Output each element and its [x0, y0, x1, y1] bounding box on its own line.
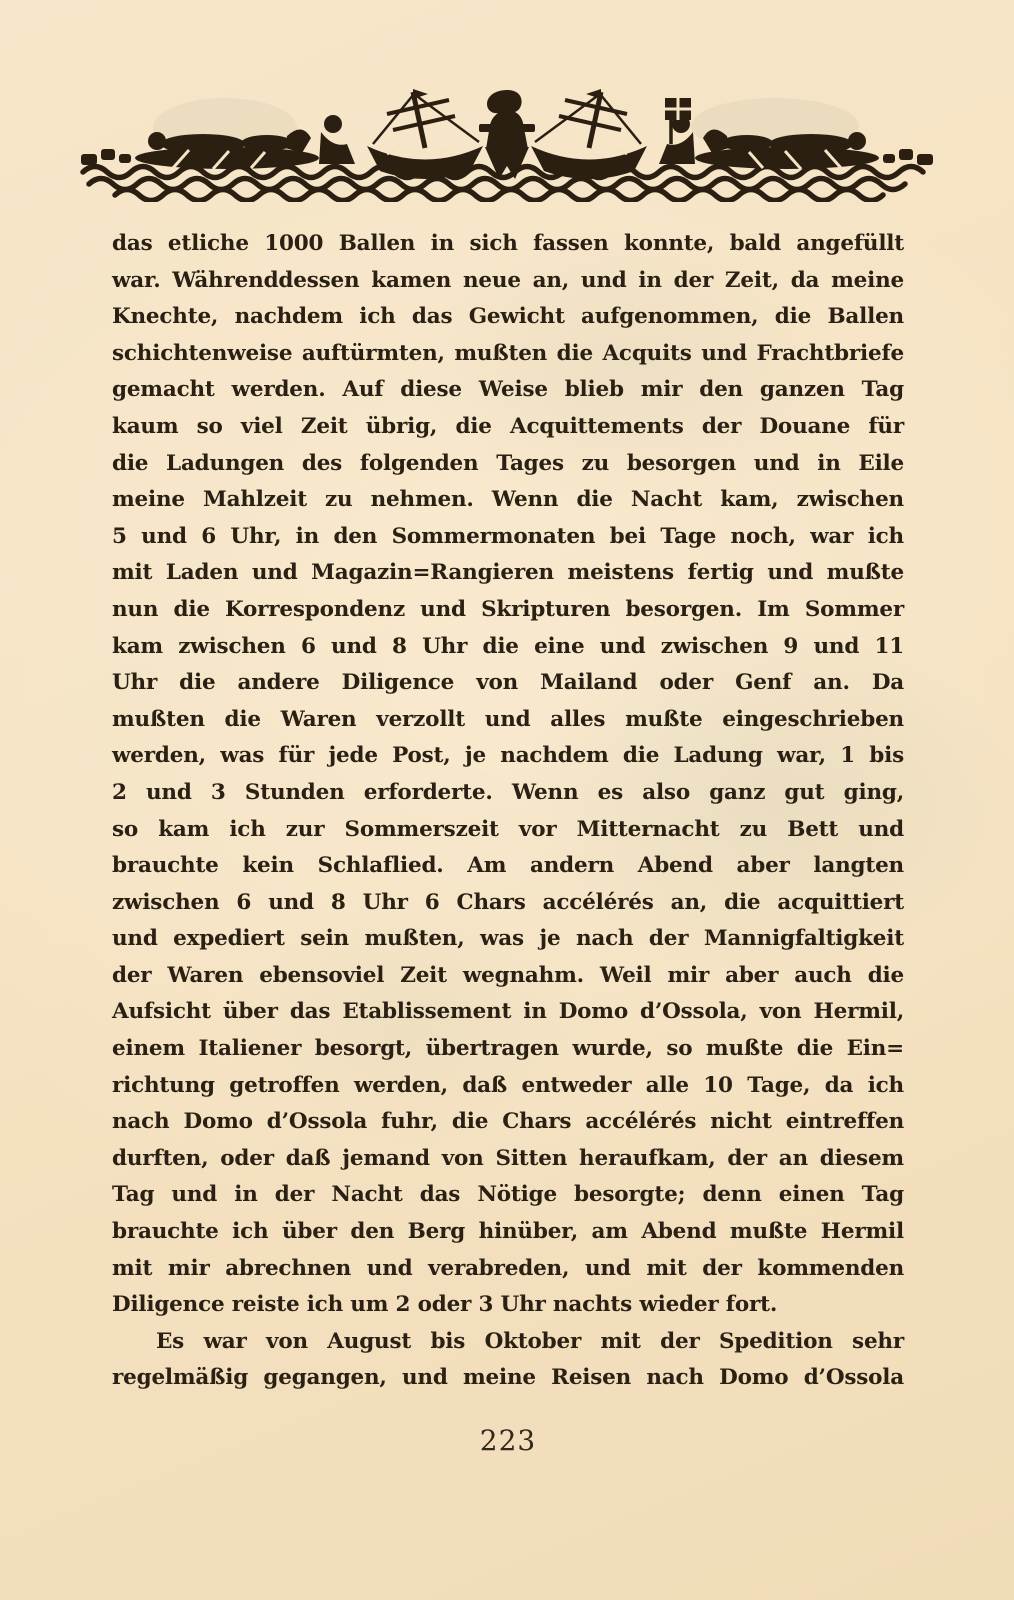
- text-line: die Ladungen des folgenden Tages zu beso…: [112, 446, 904, 483]
- scanned-book-page: das etliche 1000 Ballen in sich fassen k…: [0, 0, 1014, 1600]
- text-line: einem Italiener besorgt, übertragen wurd…: [112, 1031, 904, 1068]
- text-line: Aufsicht über das Etablissement in Domo …: [112, 994, 904, 1031]
- text-line: schichtenweise auftürmten, mußten die Ac…: [112, 336, 904, 373]
- header-ornament: [75, 84, 939, 202]
- text-line: 5 und 6 Uhr, in den Sommermonaten bei Ta…: [112, 519, 904, 556]
- text-line: 2 und 3 Stunden erforderte. Wenn es also…: [112, 775, 904, 812]
- text-line: Knechte, nachdem ich das Gewicht aufgeno…: [112, 299, 904, 336]
- text-line: brauchte ich über den Berg hinüber, am A…: [112, 1214, 904, 1251]
- text-line: mußten die Waren verzollt und alles mußt…: [112, 702, 904, 739]
- text-line: regelmäßig gegangen, und meine Reisen na…: [112, 1360, 904, 1397]
- text-line: das etliche 1000 Ballen in sich fassen k…: [112, 226, 904, 263]
- text-line: so kam ich zur Sommerszeit vor Mitternac…: [112, 812, 904, 849]
- text-line: mit mir abrechnen und verabreden, und mi…: [112, 1251, 904, 1288]
- text-line: mit Laden und Magazin=Rangieren meistens…: [112, 555, 904, 592]
- text-line: richtung getroffen werden, daß entweder …: [112, 1068, 904, 1105]
- text-line: durften, oder daß jemand von Sitten hera…: [112, 1141, 904, 1178]
- text-line: war. Währenddessen kamen neue an, und in…: [112, 263, 904, 300]
- text-line: nun die Korrespondenz und Skripturen bes…: [112, 592, 904, 629]
- text-line: der Waren ebensoviel Zeit wegnahm. Weil …: [112, 958, 904, 995]
- text-line: Tag und in der Nacht das Nötige besorgte…: [112, 1177, 904, 1214]
- page-number: 223: [112, 1424, 904, 1457]
- basel-river-rafts-woodcut-icon: [75, 84, 939, 202]
- text-line: Es war von August bis Oktober mit der Sp…: [112, 1324, 904, 1361]
- text-line: werden, was für jede Post, je nachdem di…: [112, 738, 904, 775]
- text-line: Uhr die andere Diligence von Mailand ode…: [112, 665, 904, 702]
- text-line: Diligence reiste ich um 2 oder 3 Uhr nac…: [112, 1287, 904, 1324]
- text-line: brauchte kein Schlaflied. Am andern Aben…: [112, 848, 904, 885]
- text-line: und expediert sein mußten, was je nach d…: [112, 921, 904, 958]
- text-line: kam zwischen 6 und 8 Uhr die eine und zw…: [112, 629, 904, 666]
- text-line: gemacht werden. Auf diese Weise blieb mi…: [112, 372, 904, 409]
- text-line: meine Mahlzeit zu nehmen. Wenn die Nacht…: [112, 482, 904, 519]
- text-line: zwischen 6 und 8 Uhr 6 Chars accélérés a…: [112, 885, 904, 922]
- text-line: kaum so viel Zeit übrig, die Acquittemen…: [112, 409, 904, 446]
- text-line: nach Domo d’Ossola fuhr, die Chars accél…: [112, 1104, 904, 1141]
- body-text: das etliche 1000 Ballen in sich fassen k…: [112, 226, 904, 1397]
